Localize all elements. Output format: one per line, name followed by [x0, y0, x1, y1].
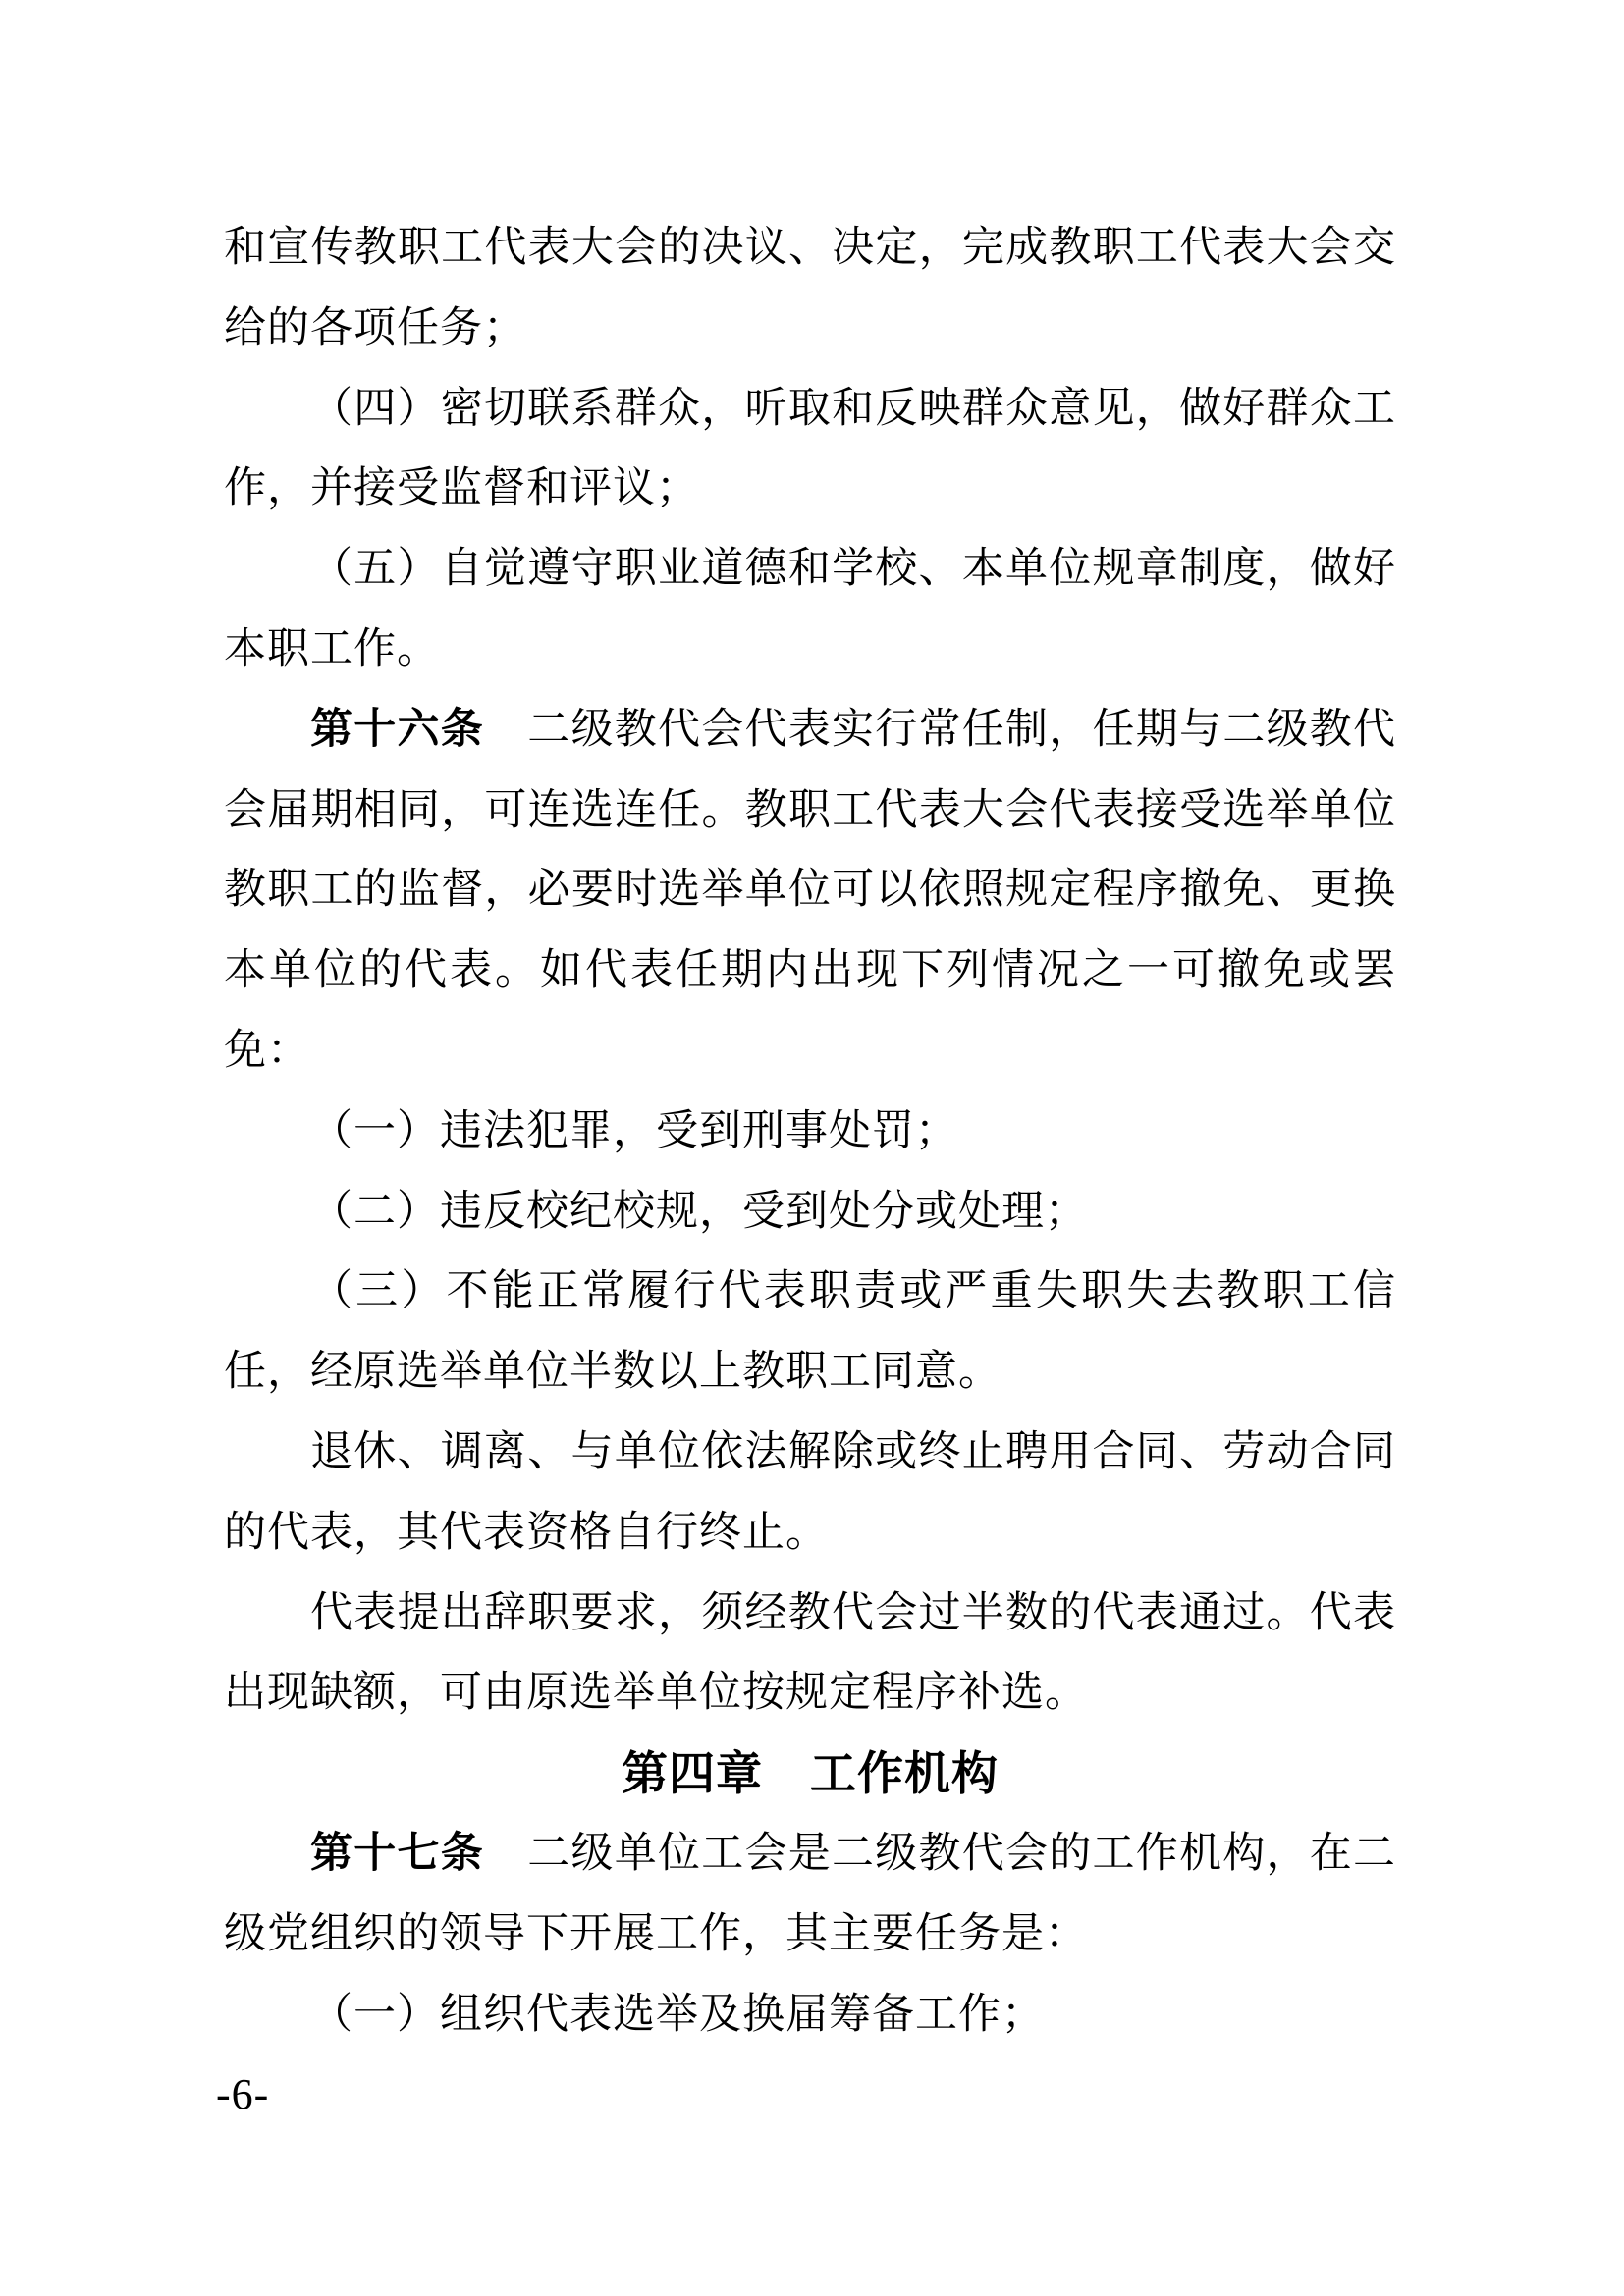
text-line: 教职工的监督，必要时选举单位可以依照规定程序撤免、更换	[224, 850, 1396, 931]
page-number: -6-	[216, 2067, 269, 2122]
article-number-bold: 第十七条	[310, 1830, 484, 1877]
text-segment: 出现缺额，可由原选举单位按规定程序补选。	[224, 1670, 1088, 1716]
text-line: 第十七条 二级单位工会是二级教代会的工作机构，在二	[224, 1814, 1396, 1895]
text-segment: 二级单位工会是二级教代会的工作机构，在二	[484, 1831, 1396, 1877]
document-body: 和宣传教职工代表大会的决议、决定，完成教职工代表大会交给的各项任务；（四）密切联…	[224, 208, 1396, 2055]
text-line: 级党组织的领导下开展工作，其主要任务是：	[224, 1895, 1396, 1975]
text-segment: （一）组织代表选举及换届筹备工作；	[310, 1992, 1045, 2038]
text-line: 和宣传教职工代表大会的决议、决定，完成教职工代表大会交	[224, 208, 1396, 289]
text-line: （四）密切联系群众，听取和反映群众意见，做好群众工	[224, 369, 1396, 450]
text-line: 任，经原选举单位半数以上教职工同意。	[224, 1332, 1396, 1413]
chapter-heading: 第四章 工作机构	[224, 1734, 1396, 1814]
text-segment: 代表提出辞职要求，须经教代会过半数的代表通过。代表	[310, 1590, 1396, 1636]
text-line: 退休、调离、与单位依法解除或终止聘用合同、劳动合同	[224, 1413, 1396, 1493]
document-page: 和宣传教职工代表大会的决议、决定，完成教职工代表大会交给的各项任务；（四）密切联…	[0, 0, 1624, 2296]
text-segment: 任，经原选举单位半数以上教职工同意。	[224, 1349, 1001, 1395]
text-segment: 给的各项任务；	[224, 305, 526, 351]
text-segment: 的代表，其代表资格自行终止。	[224, 1510, 829, 1556]
text-segment: 作，并接受监督和评议；	[224, 465, 699, 511]
text-line: （一）组织代表选举及换届筹备工作；	[224, 1975, 1396, 2056]
text-segment: （二）违反校纪校规，受到处分或处理；	[310, 1189, 1088, 1235]
text-line: 给的各项任务；	[224, 289, 1396, 369]
text-line: （二）违反校纪校规，受到处分或处理；	[224, 1172, 1396, 1253]
text-segment: 本职工作。	[224, 626, 440, 672]
text-line: （一）违法犯罪，受到刑事处罚；	[224, 1092, 1396, 1172]
text-segment: 二级教代会代表实行常任制，任期与二级教代	[484, 707, 1396, 753]
text-segment: （三）不能正常履行代表职责或严重失职失去教职工信	[310, 1268, 1396, 1314]
text-segment: 和宣传教职工代表大会的决议、决定，完成教职工代表大会交	[224, 225, 1396, 271]
text-segment: 本单位的代表。如代表任期内出现下列情况之一可撤免或罢	[224, 947, 1396, 993]
text-segment: 退休、调离、与单位依法解除或终止聘用合同、劳动合同	[310, 1429, 1396, 1475]
text-segment: 级党组织的领导下开展工作，其主要任务是：	[224, 1911, 1088, 1957]
text-segment: （一）违法犯罪，受到刑事处罚；	[310, 1108, 958, 1154]
text-line: 第十六条 二级教代会代表实行常任制，任期与二级教代	[224, 690, 1396, 771]
text-line: 代表提出辞职要求，须经教代会过半数的代表通过。代表	[224, 1574, 1396, 1654]
article-number-bold: 第十六条	[310, 706, 484, 753]
text-segment: 会届期相同，可连选连任。教职工代表大会代表接受选举单位	[224, 787, 1396, 833]
text-line: 出现缺额，可由原选举单位按规定程序补选。	[224, 1653, 1396, 1734]
text-segment: （五）自觉遵守职业道德和学校、本单位规章制度，做好	[310, 546, 1396, 592]
text-line: （五）自觉遵守职业道德和学校、本单位规章制度，做好	[224, 529, 1396, 610]
text-line: （三）不能正常履行代表职责或严重失职失去教职工信	[224, 1252, 1396, 1332]
text-line: 本单位的代表。如代表任期内出现下列情况之一可撤免或罢	[224, 931, 1396, 1011]
text-line: 本职工作。	[224, 610, 1396, 690]
text-line: 会届期相同，可连选连任。教职工代表大会代表接受选举单位	[224, 771, 1396, 851]
text-line: 免：	[224, 1011, 1396, 1092]
text-line: 的代表，其代表资格自行终止。	[224, 1493, 1396, 1574]
text-segment: （四）密切联系群众，听取和反映群众意见，做好群众工	[310, 386, 1396, 432]
text-segment: 教职工的监督，必要时选举单位可以依照规定程序撤免、更换	[224, 867, 1396, 913]
text-segment: 免：	[224, 1028, 310, 1074]
text-line: 作，并接受监督和评议；	[224, 449, 1396, 529]
article-number-bold: 第四章 工作机构	[622, 1747, 999, 1799]
